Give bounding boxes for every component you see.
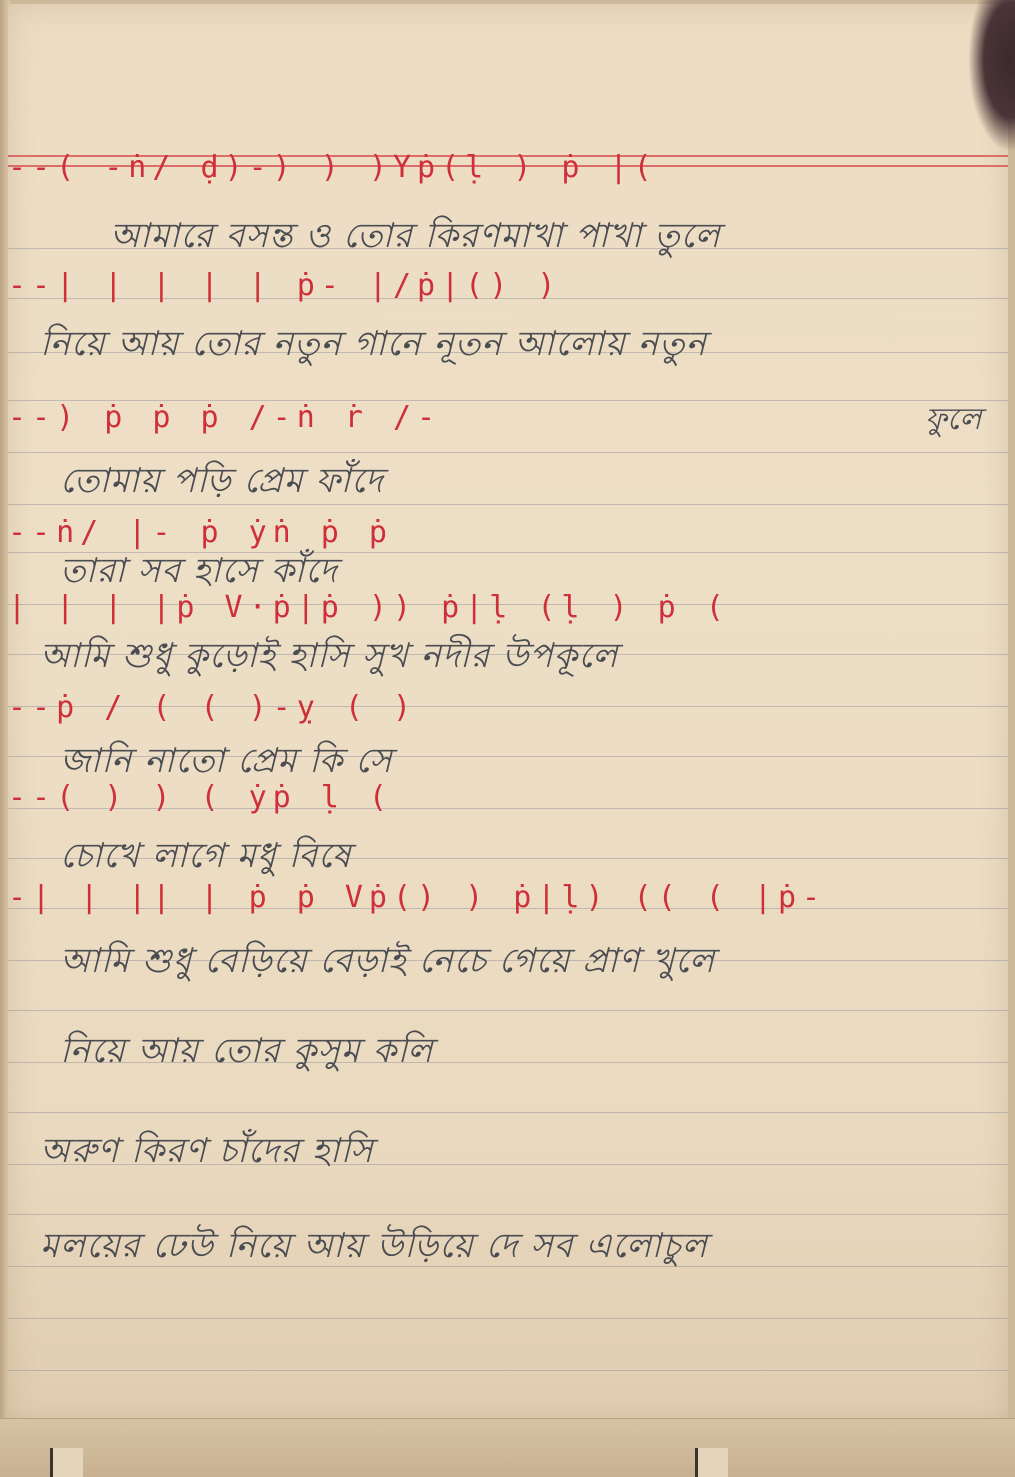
margin-note: ফুলে <box>925 395 981 446</box>
lyric-line: জানি নাতো প্রেম কি সে <box>60 735 393 792</box>
ruled-line <box>8 1318 1008 1319</box>
lyric-line: মলয়ের ঢেউ নিয়ে আয় উড়িয়ে দে সব এলোচু… <box>40 1220 708 1277</box>
binding-clip <box>50 1448 83 1477</box>
lyric-line: চোখে লাগে মধু বিষে <box>60 830 352 887</box>
notation-row: --( -ṅ/ ḍ)-) ) )Yṗ(ḷ ) ṗ |( <box>8 150 658 185</box>
binding-clip <box>695 1448 728 1477</box>
lyric-line: আমারে বসন্ত ও তোর কিরণমাখা পাখা তুলে <box>110 210 721 267</box>
notation-row: --) ṗ ṗ ṗ /-ṅ ṙ /- <box>8 400 441 435</box>
ruled-line <box>8 452 1008 453</box>
lyric-line: তোমায় পড়ি প্রেম ফাঁদে <box>60 455 384 512</box>
lyric-line: তারা সব হাসে কাঁদে <box>60 545 338 602</box>
ruled-line <box>8 1214 1008 1215</box>
lyric-line: নিয়ে আয় তোর নতুন গানে নূতন আলোয় নতুন <box>40 318 707 375</box>
lyric-line: আমি শুধু বেড়িয়ে বেড়াই নেচে গেয়ে প্রা… <box>60 935 715 992</box>
lyric-line: অরুণ কিরণ চাঁদের হাসি <box>40 1125 374 1182</box>
lyric-line: নিয়ে আয় তোর কুসুম কলি <box>60 1025 433 1082</box>
ruled-line <box>8 1370 1008 1371</box>
ruled-line <box>8 1010 1008 1011</box>
notation-row: --| | | | | ṗ- |/ṗ|() ) <box>8 268 561 303</box>
corner-stain <box>969 0 1015 150</box>
notation-row: --ṗ / ( ( )-ỵ ( ) <box>8 690 417 725</box>
notebook-bottom-edge <box>0 1418 1015 1477</box>
lyric-line: আমি শুধু কুড়োই হাসি সুখ নদীর উপকূলে <box>40 630 618 687</box>
ruled-line <box>8 1112 1008 1113</box>
